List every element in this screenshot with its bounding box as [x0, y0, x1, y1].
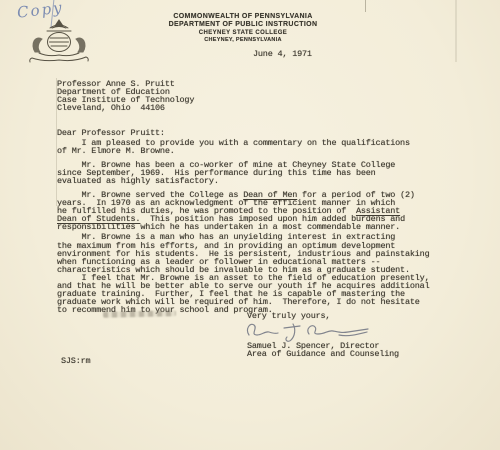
- salutation: Dear Professor Pruitt:: [57, 129, 165, 137]
- recipient-block: Professor Anne S. PruittDepartment of Ed…: [57, 80, 194, 112]
- signer-department: Area of Guidance and Counseling: [247, 350, 399, 358]
- fold-mark-top: [365, 0, 366, 12]
- letterhead: COMMONWEALTH OF PENNSYLVANIA DEPARTMENT …: [123, 13, 363, 43]
- fold-mark-right: [455, 0, 457, 62]
- letterhead-line-2: DEPARTMENT OF PUBLIC INSTRUCTION: [123, 21, 363, 29]
- letter-body: I am pleased to provide you with a comme…: [57, 139, 457, 314]
- reference-initials: SJS:rm: [61, 357, 90, 365]
- date-line: June 4, 1971: [253, 50, 312, 58]
- letterhead-line-4: CHEYNEY, PENNSYLVANIA: [123, 37, 363, 43]
- erased-text-smudge: [103, 310, 176, 318]
- pennsylvania-state-seal-icon: [26, 19, 92, 65]
- crease-mark-left: [56, 78, 57, 206]
- letterhead-line-1: COMMONWEALTH OF PENNSYLVANIA: [123, 13, 363, 21]
- letter-page: Copy COMMONWEALTH OF PENNSYLVANIA DEPART…: [0, 0, 500, 450]
- letterhead-line-3: CHEYNEY STATE COLLEGE: [123, 30, 363, 37]
